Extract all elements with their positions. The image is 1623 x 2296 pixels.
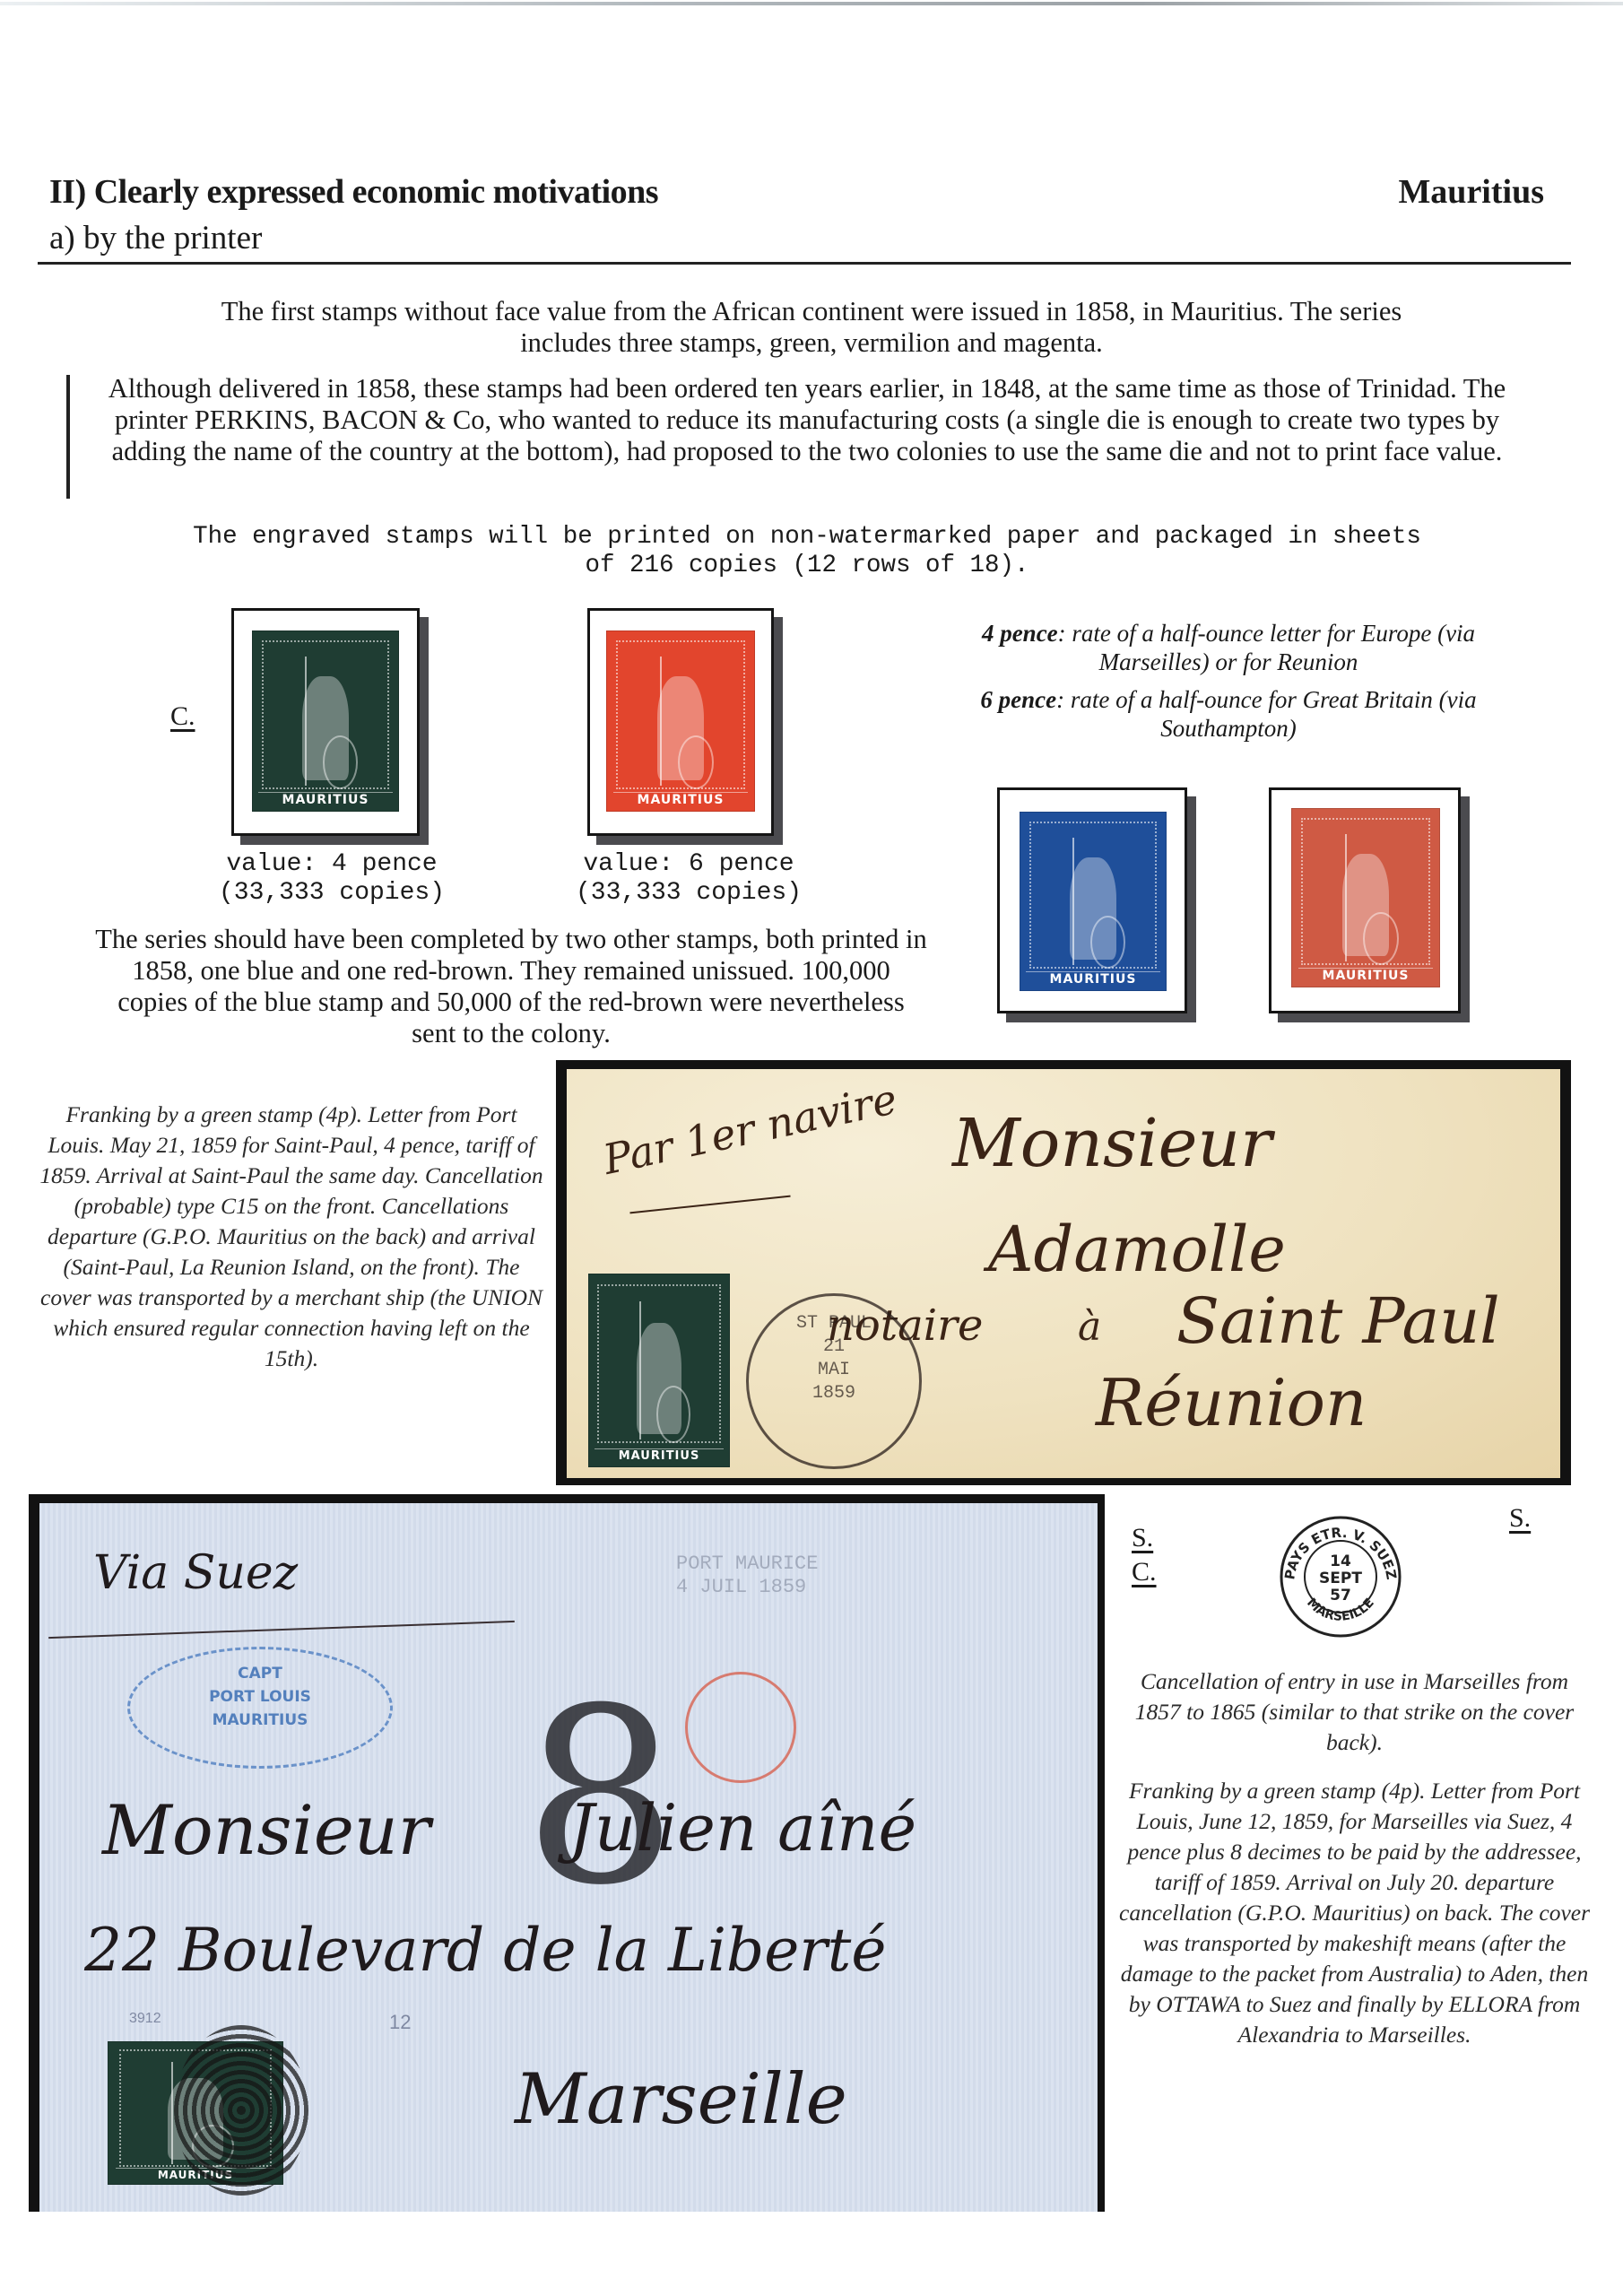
rate-4-pence: 4 pence: rate of a half-ounce letter for… [950,619,1506,676]
svg-text:57: 57 [1330,1587,1351,1605]
mark-s: S. [1509,1503,1531,1534]
page-top-edge [0,2,1623,5]
printing-note: The engraved stamps will be printed on n… [179,523,1435,580]
blue-cachet: CAPT PORT LOUIS MAURITIUS [127,1647,393,1769]
section-subtitle: a) by the printer [49,219,262,257]
intro-paragraph-1: The first stamps without face value from… [197,296,1426,359]
stamp-caption-vermilion: value: 6 pence (33,333 copies) [545,850,832,908]
cover-1-stamp-green: MAURITIUS [588,1274,730,1467]
rate-6-pence: 6 pence: rate of a half-ounce for Great … [950,685,1506,743]
cover-1-saint-paul: Par 1er navire Monsieur Adamolle notaire… [567,1069,1560,1478]
stamp-mount-vermilion: MAURITIUS [587,608,774,836]
postal-rates: 4 pence: rate of a half-ounce letter for… [950,619,1506,752]
mark-s-c: S. C. [1132,1521,1157,1589]
stamp-vermilion: MAURITIUS [606,631,755,812]
cover-1-description: Franking by a green stamp (4p). Letter f… [36,1100,547,1374]
stamp-green: MAURITIUS [252,631,399,812]
stamp-mount-blue: MAURITIUS [997,787,1187,1013]
saint-paul-postmark: ST PAUL 21 MAI 1859 [746,1293,922,1469]
stamp-mount-red-brown: MAURITIUS [1269,787,1461,1013]
country-title: Mauritius [1398,172,1544,212]
mark-c: C. [170,701,195,732]
stamp-red-brown-unissued: MAURITIUS [1291,808,1440,987]
section-title: II) Clearly expressed economic motivatio… [49,172,658,212]
faint-postmark: PORT MAURICE 4 JUIL 1859 [676,1552,818,1599]
svg-text:SEPT: SEPT [1319,1570,1362,1587]
grid-cancellation [174,2025,308,2196]
stamp-mount-green: MAURITIUS [231,608,420,836]
red-entry-postmark [685,1672,796,1783]
stamp-blue-unissued: MAURITIUS [1020,812,1167,991]
header-divider [38,262,1571,265]
svg-text:14: 14 [1330,1552,1351,1570]
marseille-cancel-caption: Cancellation of entry in use in Marseill… [1119,1666,1590,1758]
stamp-caption-green: value: 4 pence (33,333 copies) [188,850,475,908]
unissued-paragraph: The series should have been completed by… [94,924,928,1049]
cover-2-marseille: Via Suez CAPT PORT LOUIS MAURITIUS PORT … [39,1503,1098,2212]
marseille-cancel-icon: PAYS ETR. V. SUEZ MARSEILLE 14 SEPT 57 [1278,1514,1403,1639]
intro-paragraph-2: Although delivered in 1858, these stamps… [90,373,1524,467]
cover-2-description: Franking by a green stamp (4p). Letter f… [1119,1776,1590,2050]
margin-bar [66,375,70,499]
